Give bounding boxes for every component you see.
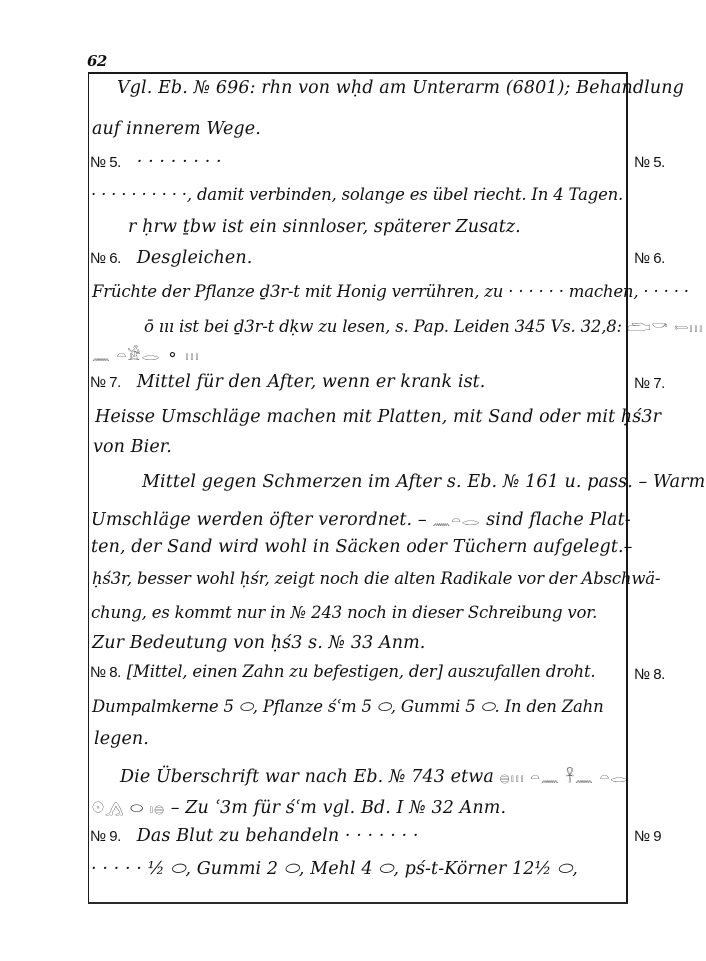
- entry-title: Das Blut zu behandeln · · · · · · ·: [137, 826, 419, 846]
- entry-number: № 5.: [90, 154, 121, 171]
- entry-title: · · · · · · · ·: [137, 152, 222, 172]
- line-20: Dumpalmkerne 5 ⬭, Pflanze śʿm 5 ⬭, Gummi…: [92, 697, 604, 717]
- line-4: · · · · · · · · · ·, damit verbinden, so…: [91, 185, 623, 204]
- entry-number: № 7.: [90, 374, 121, 391]
- line-1: Vgl. Eb. № 696: rhn von wḥd am Unterarm …: [117, 78, 684, 98]
- entry-5-heading: № 5.· · · · · · · ·: [90, 152, 222, 172]
- entry-title: Desgleichen.: [137, 248, 253, 268]
- line-8-text: ō ııı ist bei ḏ3r-t dḳw zu lesen, s. Pap…: [144, 317, 622, 336]
- line-22-text: Die Überschrift war nach Eb. № 743 etwa: [120, 767, 494, 787]
- hieroglyph-line: 𓈖 𓏏𓀀𓂋 ⚬ 𓏥: [92, 340, 199, 365]
- line-25: · · · · · ½ ⬭, Gummi 2 ⬭, Mehl 4 ⬭, pś-t…: [91, 859, 578, 879]
- line-11: Heisse Umschläge machen mit Platten, mit…: [95, 407, 661, 427]
- line-17: chung, es kommt nur in № 243 noch in die…: [91, 603, 597, 622]
- line-23: 𓇳𓂻 ⬭ 𓏤𓐍 – Zu ʿ3m für śʿm vgl. Bd. I № 32…: [92, 793, 506, 818]
- hieroglyph-group: 𓐍𓏥 𓏏𓈖 𓋹𓈖 𓏏𓂋: [500, 768, 629, 786]
- line-8: ō ııı ist bei ḏ3r-t dḳw zu lesen, s. Pap…: [144, 312, 703, 337]
- hieroglyph-group: 𓇳𓂻 ⬭ 𓏤𓐍: [92, 799, 165, 817]
- margin-number-7: № 7.: [634, 375, 665, 392]
- line-16: ḥś3r, besser wohl ḥśr, zeigt noch die al…: [92, 569, 660, 588]
- line-14-text: Umschläge werden öfter verordnet. –: [91, 510, 427, 530]
- entry-number: № 8.: [90, 664, 121, 681]
- page-number: 62: [87, 52, 107, 70]
- line-15: ten, der Sand wird wohl in Säcken oder T…: [91, 537, 632, 557]
- line-5: r ḥrw ṯbw ist ein sinnloser, späterer Zu…: [128, 217, 521, 237]
- margin-number-5: № 5.: [634, 154, 665, 171]
- entry-number: № 6.: [90, 250, 121, 267]
- line-14: Umschläge werden öfter verordnet. – 𓈖𓏏𓂋 …: [91, 505, 631, 530]
- hieroglyph-group: 𓂧𓎡 𓍿𓏥: [627, 318, 703, 336]
- margin-number-6: № 6.: [634, 250, 665, 267]
- entry-title: [Mittel, einen Zahn zu befestigen, der] …: [127, 662, 596, 681]
- hieroglyph-group: 𓈖𓏏𓂋: [432, 511, 480, 529]
- entry-7-heading: № 7.Mittel für den After, wenn er krank …: [90, 372, 485, 392]
- margin-number-9: № 9: [634, 828, 661, 845]
- line-13: Mittel gegen Schmerzen im After s. Eb. №…: [142, 472, 706, 492]
- line-2: auf innerem Wege.: [92, 119, 261, 139]
- line-18: Zur Bedeutung von ḥś3 s. № 33 Anm.: [92, 633, 425, 653]
- entry-6-heading: № 6.Desgleichen.: [90, 248, 252, 268]
- line-21: legen.: [94, 729, 149, 749]
- line-23-text: – Zu ʿ3m für śʿm vgl. Bd. I № 32 Anm.: [171, 798, 506, 818]
- entry-9-heading: № 9.Das Blut zu behandeln · · · · · · ·: [90, 826, 419, 846]
- entry-title: Mittel für den After, wenn er krank ist.: [137, 372, 486, 392]
- line-7: Früchte der Pflanze ḏ3r-t mit Honig verr…: [92, 282, 689, 301]
- entry-number: № 9.: [90, 828, 121, 845]
- margin-number-8: № 8.: [634, 666, 665, 683]
- line-22: Die Überschrift war nach Eb. № 743 etwa …: [120, 762, 629, 787]
- line-12: von Bier.: [93, 437, 172, 457]
- line-14-text-after: sind flache Plat-: [486, 510, 631, 530]
- entry-8-heading: № 8.[Mittel, einen Zahn zu befestigen, d…: [90, 662, 595, 681]
